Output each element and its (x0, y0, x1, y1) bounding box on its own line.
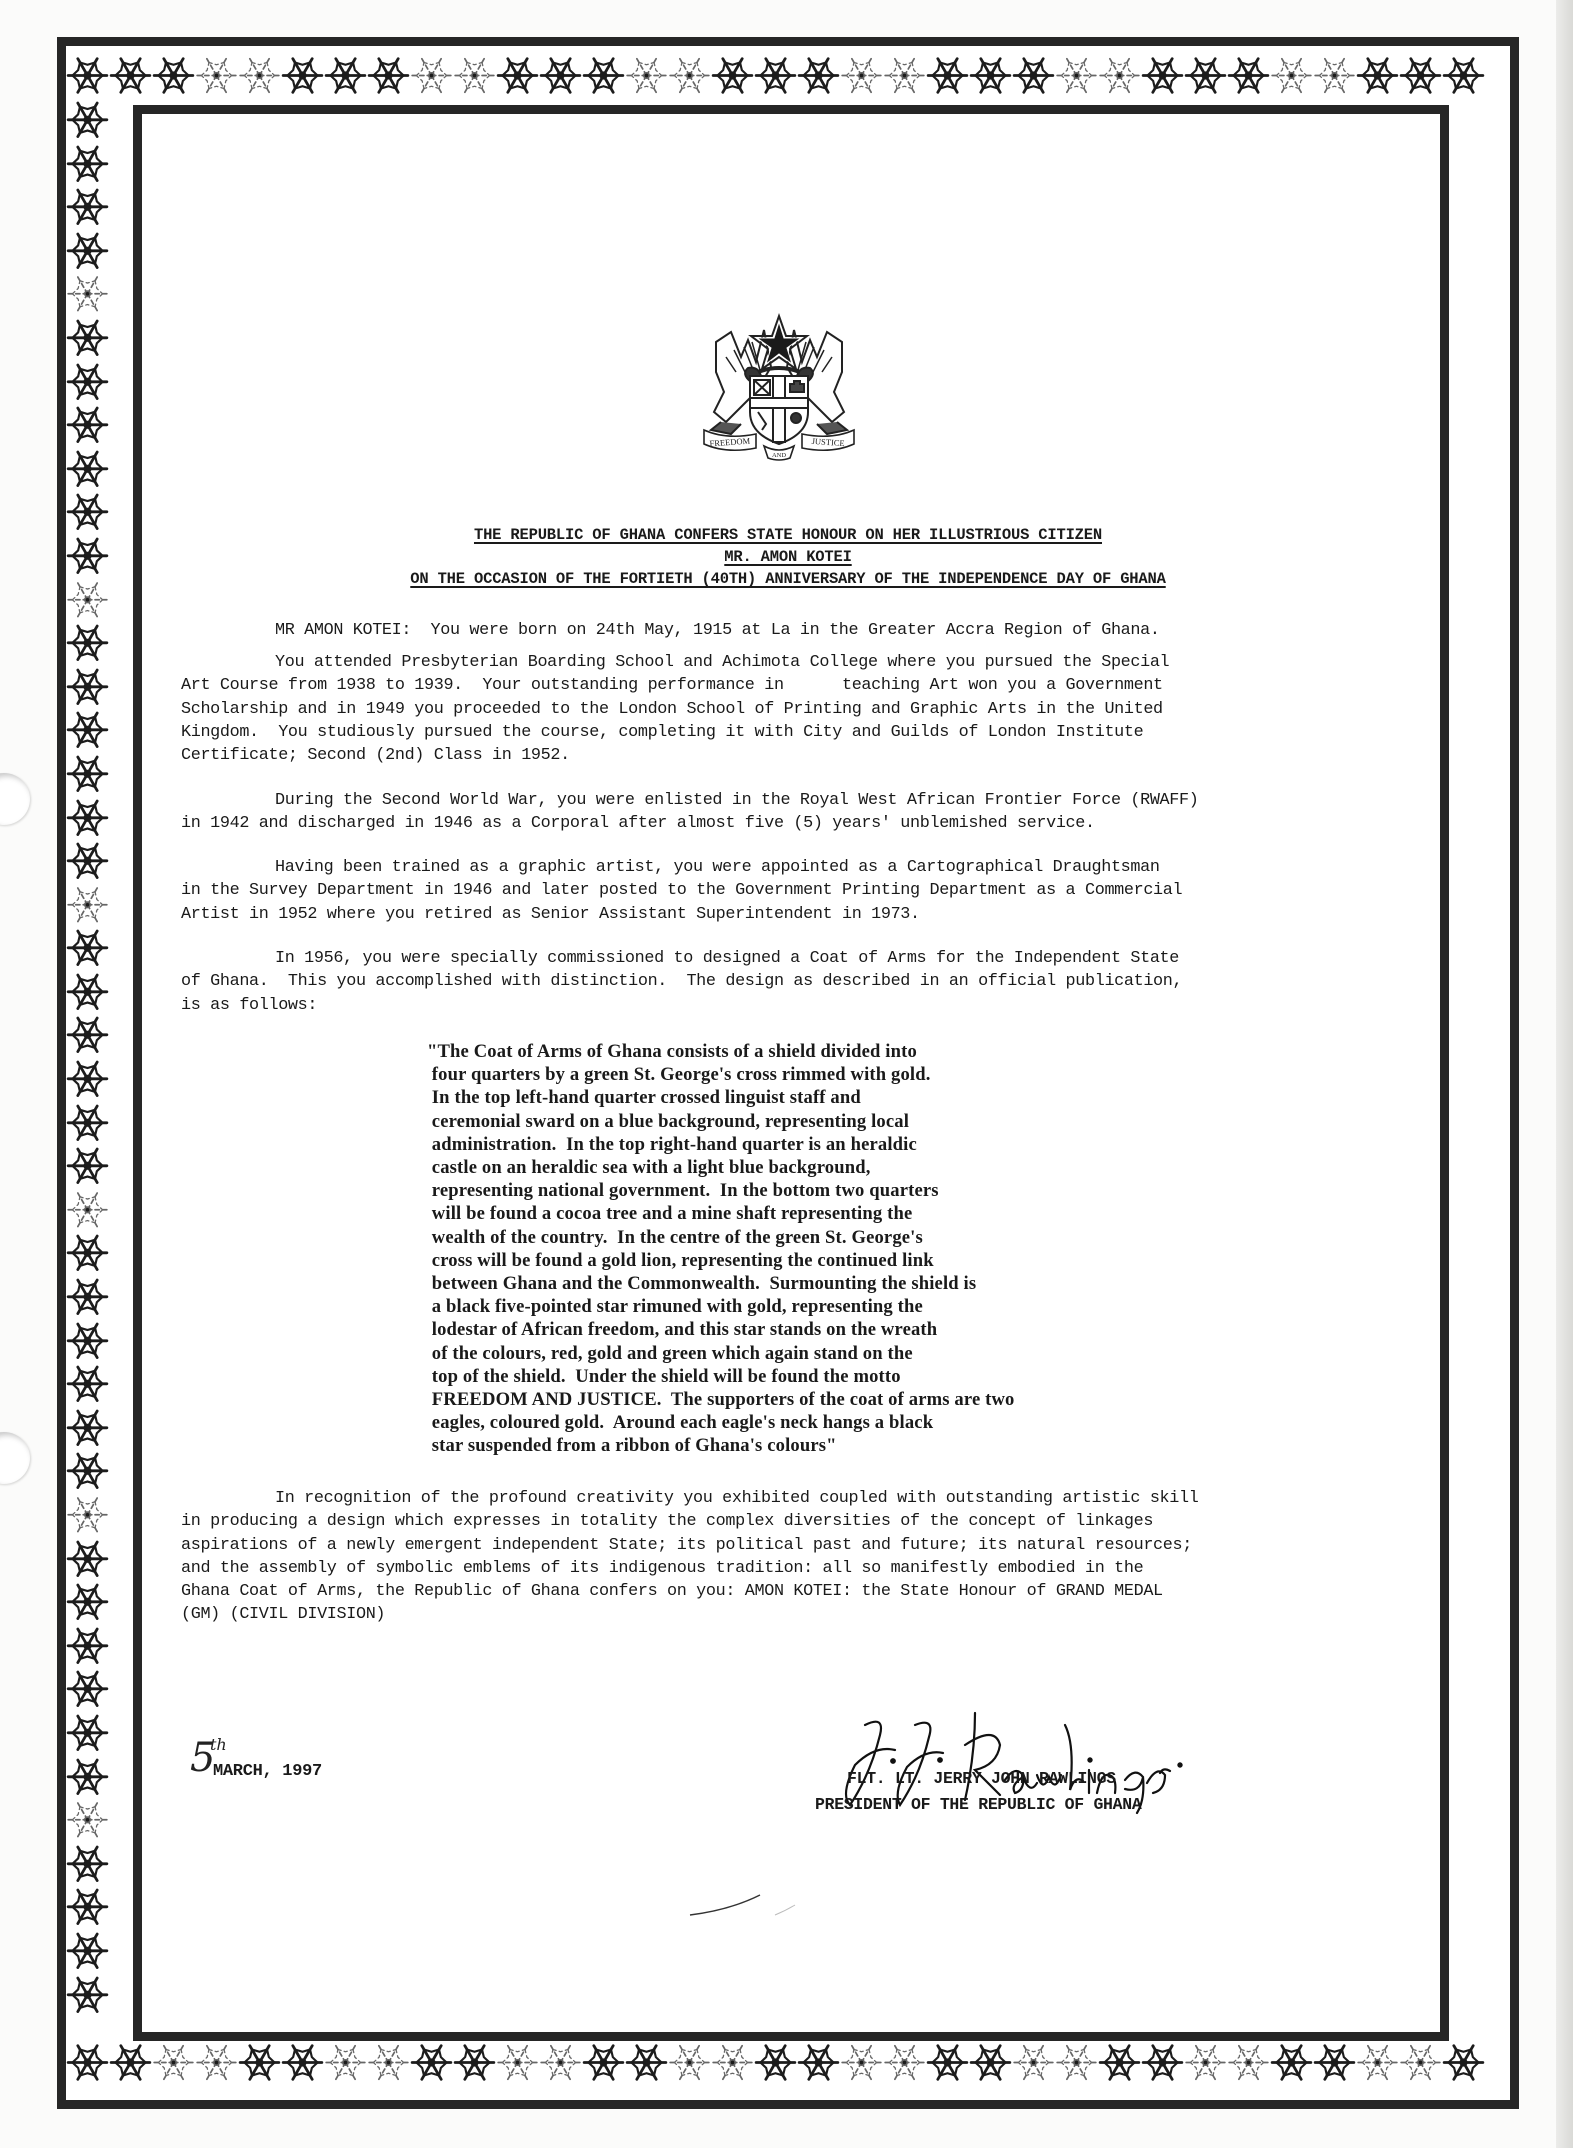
snowflake-icon (1270, 54, 1313, 97)
snowflake-icon (66, 970, 109, 1014)
snowflake-icon (66, 316, 109, 360)
snowflake-icon (367, 54, 410, 97)
snowflake-icon (66, 926, 109, 970)
svg-text:AND: AND (772, 452, 786, 459)
snowflake-icon (195, 2041, 238, 2084)
snowflake-icon (1055, 54, 1098, 97)
snowflake-icon (66, 447, 109, 491)
snowflake-icon (1098, 54, 1141, 97)
snowflake-icon (496, 2041, 539, 2084)
heading-honoree-name: MR. AMON KOTEI (140, 548, 1436, 566)
snowflake-icon (66, 98, 109, 142)
snowflake-icon (1012, 2041, 1055, 2084)
snowflake-icon (625, 2041, 668, 2084)
snowflake-icon (410, 2041, 453, 2084)
snowflake-icon (66, 185, 109, 229)
paragraph-career: Having been trained as a graphic artist,… (181, 856, 1411, 926)
snowflake-icon (152, 54, 195, 97)
snowflake-icon (1098, 2041, 1141, 2084)
snowflake-icon (66, 1798, 109, 1842)
snowflake-icon (1399, 54, 1442, 97)
snowflake-icon (969, 2041, 1012, 2084)
snowflake-icon (66, 360, 109, 404)
snowflake-icon (109, 54, 152, 97)
snowflake-icon (66, 534, 109, 578)
snowflake-icon (668, 54, 711, 97)
snowflake-icon (754, 2041, 797, 2084)
snowflake-icon (840, 54, 883, 97)
paragraph-birth: MR AMON KOTEI: You were born on 24th May… (181, 619, 1411, 642)
snowflake-icon (797, 2041, 840, 2084)
snowflake-icon (1184, 2041, 1227, 2084)
snowflake-icon (66, 54, 109, 97)
snowflake-icon (238, 2041, 281, 2084)
snowflake-icon (1313, 54, 1356, 97)
snowflake-icon (66, 1101, 109, 1145)
snowflake-icon (281, 54, 324, 97)
snowflake-icon (883, 2041, 926, 2084)
snowflake-icon (926, 2041, 969, 2084)
snowflake-icon (66, 2041, 109, 2084)
snowflake-icon (66, 272, 109, 316)
snowflake-icon (1399, 2041, 1442, 2084)
snowflake-icon (66, 1973, 109, 2017)
snowflake-icon (66, 578, 109, 622)
punch-hole (0, 773, 30, 825)
snowflake-icon (1227, 54, 1270, 97)
snowflake-icon (453, 54, 496, 97)
snowflake-icon (1184, 54, 1227, 97)
snowflake-icon (66, 1624, 109, 1668)
snowflake-icon (1356, 2041, 1399, 2084)
snowflake-icon (926, 54, 969, 97)
snowflake-icon (582, 54, 625, 97)
snowflake-icon (66, 752, 109, 796)
snowflake-icon (66, 1842, 109, 1886)
snowflake-icon (152, 2041, 195, 2084)
snowflake-icon (66, 1580, 109, 1624)
snowflake-icon (1141, 2041, 1184, 2084)
snowflake-icon (66, 1406, 109, 1450)
snowflake-icon (66, 1362, 109, 1406)
snowflake-icon (496, 54, 539, 97)
ghana-coat-of-arms-icon: FREEDOM JUSTICE AND (686, 312, 872, 462)
snowflake-icon (711, 2041, 754, 2084)
snowflake-icon (66, 1711, 109, 1755)
snowflake-icon (281, 2041, 324, 2084)
snowflake-icon (1442, 54, 1485, 97)
heading-line-3: ON THE OCCASION OF THE FORTIETH (40TH) A… (140, 570, 1436, 588)
paragraph-conferment: In recognition of the profound creativit… (181, 1487, 1411, 1627)
paragraph-education: You attended Presbyterian Boarding Schoo… (181, 651, 1411, 767)
snowflake-icon (453, 2041, 496, 2084)
snowflake-icon (66, 1755, 109, 1799)
snowflake-icon (324, 54, 367, 97)
snowflake-icon (66, 796, 109, 840)
stray-pen-mark (680, 1885, 840, 1925)
snowflake-icon (66, 1537, 109, 1581)
snowflake-border-top (66, 54, 1485, 97)
snowflake-icon (66, 1275, 109, 1319)
snowflake-icon (66, 1057, 109, 1101)
date-text: MARCH, 1997 (213, 1762, 322, 1781)
snowflake-icon (539, 54, 582, 97)
snowflake-icon (324, 2041, 367, 2084)
snowflake-icon (797, 54, 840, 97)
snowflake-icon (66, 708, 109, 752)
punch-hole (0, 1432, 30, 1484)
snowflake-icon (1141, 54, 1184, 97)
snowflake-icon (66, 839, 109, 883)
snowflake-icon (66, 621, 109, 665)
snowflake-icon (969, 54, 1012, 97)
snowflake-icon (66, 1231, 109, 1275)
snowflake-icon (883, 54, 926, 97)
snowflake-icon (1270, 2041, 1313, 2084)
snowflake-icon (668, 2041, 711, 2084)
snowflake-icon (66, 665, 109, 709)
snowflake-icon (66, 1188, 109, 1232)
snowflake-icon (238, 54, 281, 97)
snowflake-icon (1227, 2041, 1270, 2084)
signatory-name: FLT. LT. JERRY JOHN RAWLINGS (847, 1769, 1116, 1788)
snowflake-icon (1313, 2041, 1356, 2084)
snowflake-icon (66, 1144, 109, 1188)
snowflake-icon (66, 229, 109, 273)
snowflake-icon (66, 1885, 109, 1929)
snowflake-icon (410, 54, 453, 97)
snowflake-icon (66, 490, 109, 534)
snowflake-icon (66, 883, 109, 927)
snowflake-icon (66, 1667, 109, 1711)
snowflake-icon (367, 2041, 410, 2084)
snowflake-icon (1442, 2041, 1485, 2084)
coat-of-arms-description-quote: "The Coat of Arms of Ghana consists of a… (427, 1040, 1227, 1458)
date-day-suffix: th (210, 1735, 227, 1754)
heading-line-1: THE REPUBLIC OF GHANA CONFERS STATE HONO… (140, 526, 1436, 544)
snowflake-icon (840, 2041, 883, 2084)
snowflake-icon (66, 403, 109, 447)
snowflake-icon (109, 2041, 152, 2084)
paragraph-commission: In 1956, you were specially commissioned… (181, 947, 1411, 1017)
snowflake-border-bottom (66, 2041, 1485, 2084)
snowflake-icon (582, 2041, 625, 2084)
snowflake-icon (1356, 54, 1399, 97)
paragraph-military-service: During the Second World War, you were en… (181, 789, 1411, 836)
snowflake-icon (66, 1929, 109, 1973)
snowflake-icon (66, 1319, 109, 1363)
snowflake-icon (625, 54, 668, 97)
scan-edge-shadow (1556, 0, 1573, 2148)
snowflake-icon (66, 142, 109, 186)
snowflake-icon (1012, 54, 1055, 97)
snowflake-icon (195, 54, 238, 97)
snowflake-icon (66, 1013, 109, 1057)
signatory-title: PRESIDENT OF THE REPUBLIC OF GHANA (815, 1795, 1141, 1814)
snowflake-icon (754, 54, 797, 97)
snowflake-icon (66, 1493, 109, 1537)
snowflake-icon (539, 2041, 582, 2084)
snowflake-icon (66, 1449, 109, 1493)
snowflake-icon (711, 54, 754, 97)
snowflake-border-left (66, 98, 109, 2016)
snowflake-icon (1055, 2041, 1098, 2084)
